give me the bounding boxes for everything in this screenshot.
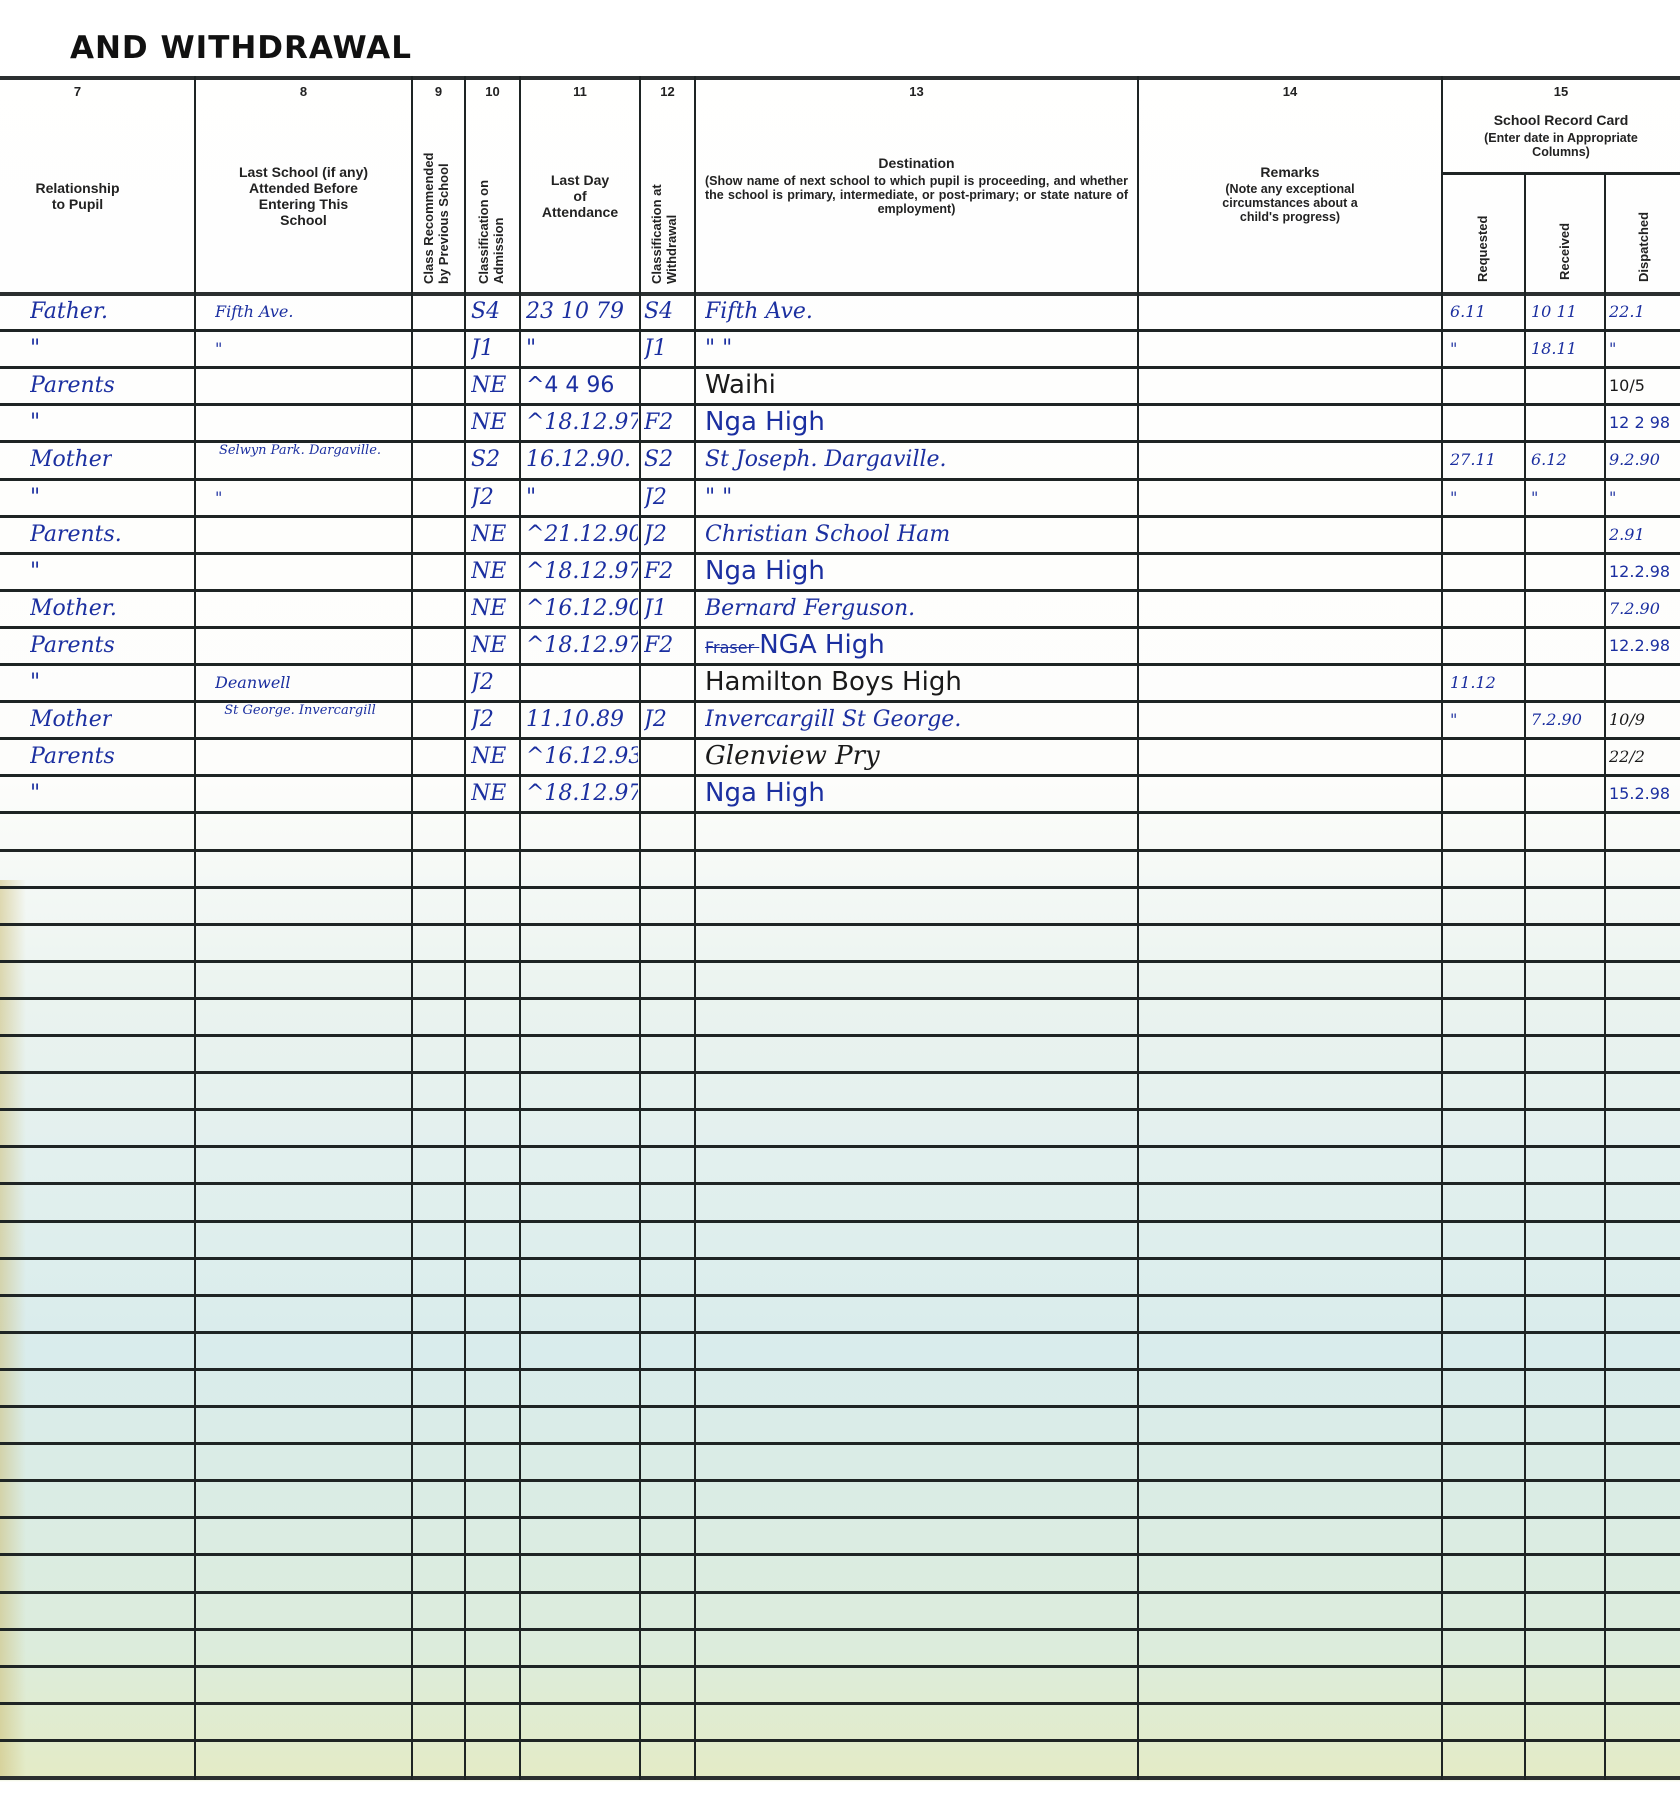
class-withdrawal-cell: F2 xyxy=(644,630,673,661)
class-withdrawal-cell: J1 xyxy=(644,593,667,624)
row-rule xyxy=(0,1591,1680,1594)
class-admission-cell: NE xyxy=(471,593,506,624)
destination-cell: Nga High xyxy=(705,407,825,438)
class-admission-cell: J1 xyxy=(471,333,494,364)
last-day-cell: ^16.12.93 xyxy=(526,741,638,772)
class-admission-cell: S2 xyxy=(471,444,500,476)
class-withdrawal-cell: S4 xyxy=(644,296,673,327)
last-day-cell: ^18.12.97 xyxy=(526,630,638,661)
class-admission-cell: S4 xyxy=(471,296,500,327)
dispatched-cell: 10/9 xyxy=(1609,704,1645,735)
class-withdrawal-cell: F2 xyxy=(644,556,673,587)
row-rule xyxy=(0,997,1680,1000)
class-withdrawal-cell: J2 xyxy=(644,482,667,513)
col-13-label: (Show name of next school to which pupil… xyxy=(705,174,1128,216)
destination-cell: Fraser NGA High xyxy=(705,630,885,663)
row-rule xyxy=(0,1368,1680,1371)
last-school-cell: Selwyn Park. Dargaville. xyxy=(215,444,385,458)
col-12-label: Classification at Withdrawal xyxy=(649,184,679,284)
col-15-requested-label: Requested xyxy=(1475,216,1490,282)
relationship-cell: Parents xyxy=(30,630,115,661)
col-10-number: 10 xyxy=(465,84,520,99)
dispatched-cell: " xyxy=(1609,482,1616,513)
row-rule xyxy=(0,1739,1680,1742)
col-9-number: 9 xyxy=(412,84,465,99)
row-rule xyxy=(0,1665,1680,1668)
row-rule xyxy=(0,440,1680,443)
dispatched-cell: 22.1 xyxy=(1609,296,1645,327)
row-rule xyxy=(0,1108,1680,1111)
col-7-label: Relationship to Pupil xyxy=(0,180,155,212)
last-day-cell: " xyxy=(526,482,536,513)
dispatched-cell: " xyxy=(1609,333,1616,364)
col-11-number: 11 xyxy=(520,84,640,99)
relationship-cell: " xyxy=(30,482,40,513)
column-rule xyxy=(1524,172,1526,1780)
column-rule xyxy=(694,76,696,1780)
dispatched-cell: 12.2.98 xyxy=(1609,556,1670,587)
column-rule xyxy=(1441,76,1443,1780)
col-15-number: 15 xyxy=(1442,84,1680,99)
destination-cell: Bernard Ferguson. xyxy=(705,593,915,624)
last-day-cell: ^4 4 96 xyxy=(526,370,614,401)
column-rule xyxy=(411,76,413,1780)
requested-cell: " xyxy=(1450,704,1457,735)
dispatched-cell: 9.2.90 xyxy=(1609,444,1660,476)
dispatched-cell: 7.2.90 xyxy=(1609,593,1660,624)
column-rule xyxy=(464,76,466,1780)
col-11-label: Last Day of Attendance xyxy=(520,172,640,220)
col-13-number: 13 xyxy=(695,84,1138,99)
destination-cell: Christian School Ham xyxy=(705,519,950,550)
last-day-cell: ^21.12.90 xyxy=(526,519,638,550)
requested-cell: " xyxy=(1450,482,1457,513)
row-rule xyxy=(0,1294,1680,1297)
col-8-number: 8 xyxy=(195,84,412,99)
col-9-label: Class Recommended by Previous School xyxy=(421,153,451,285)
last-day-cell: ^18.12.97 xyxy=(526,556,638,587)
destination-cell: Fifth Ave. xyxy=(705,296,813,327)
row-rule xyxy=(0,1442,1680,1445)
destination-cell: Hamilton Boys High xyxy=(705,667,962,698)
row-rule xyxy=(0,1220,1680,1223)
class-admission-cell: NE xyxy=(471,741,506,772)
col-15-label: (Enter date in Appropriate Columns) xyxy=(1462,131,1660,159)
last-school-cell: " xyxy=(215,482,222,513)
class-withdrawal-cell: J2 xyxy=(644,704,667,735)
destination-cell: Nga High xyxy=(705,556,825,587)
row-rule xyxy=(0,552,1680,555)
destination-cell: " " xyxy=(705,333,732,364)
row-rule xyxy=(0,478,1680,481)
destination-cell: Waihi xyxy=(705,370,776,401)
last-day-cell: ^18.12.97 xyxy=(526,407,638,438)
row-rule xyxy=(0,1257,1680,1260)
col-7-number: 7 xyxy=(0,84,155,99)
row-rule xyxy=(0,329,1680,332)
relationship-cell: Mother xyxy=(30,704,112,735)
last-day-cell: " xyxy=(526,333,536,364)
last-school-cell: " xyxy=(215,333,222,364)
last-school-cell: Deanwell xyxy=(215,667,291,698)
dispatched-cell: 12.2.98 xyxy=(1609,630,1670,661)
relationship-cell: " xyxy=(30,556,40,587)
dispatched-cell: 10/5 xyxy=(1609,370,1645,401)
row-rule xyxy=(0,1182,1680,1185)
dispatched-cell: 22/2 xyxy=(1609,741,1645,772)
col-8-label: Last School (if any) Attended Before Ent… xyxy=(195,164,412,228)
destination-cell: Invercargill St George. xyxy=(705,704,961,735)
row-rule xyxy=(0,1516,1680,1519)
column-rule xyxy=(519,76,521,1780)
row-rule xyxy=(0,1405,1680,1408)
received-cell: 7.2.90 xyxy=(1531,704,1582,735)
requested-cell: 27.11 xyxy=(1450,444,1496,476)
row-rule xyxy=(0,1628,1680,1631)
column-rule xyxy=(1604,172,1606,1780)
last-day-cell: ^16.12.90. xyxy=(526,593,638,624)
dispatched-cell: 15.2.98 xyxy=(1609,778,1670,809)
class-admission-cell: NE xyxy=(471,778,506,809)
row-rule xyxy=(0,960,1680,963)
requested-cell: " xyxy=(1450,333,1457,364)
requested-cell: 6.11 xyxy=(1450,296,1486,327)
dispatched-cell: 12 2 98 xyxy=(1609,407,1670,438)
last-day-cell: 11.10.89 xyxy=(526,704,624,735)
col-15-received-label: Received xyxy=(1557,223,1572,280)
row-rule xyxy=(0,737,1680,740)
received-cell: " xyxy=(1531,482,1538,513)
last-day-cell: ^18.12.97 xyxy=(526,778,638,809)
class-admission-cell: NE xyxy=(471,407,506,438)
row-rule xyxy=(0,663,1680,666)
col-13-title: Destination xyxy=(695,155,1138,171)
column-rule xyxy=(194,76,196,1780)
class-admission-cell: J2 xyxy=(471,482,494,513)
destination-cell: St Joseph. Dargaville. xyxy=(705,444,947,476)
relationship-cell: Mother. xyxy=(30,593,117,624)
row-rule xyxy=(0,886,1680,889)
class-admission-cell: NE xyxy=(471,370,506,401)
destination-cell: Glenview Pry xyxy=(705,741,880,772)
row-rule xyxy=(0,589,1680,592)
withdrawal-register-page: AND WITHDRAWAL 7 Relationship to Pupil 8… xyxy=(0,0,1680,1800)
row-rule xyxy=(0,1331,1680,1334)
col-12-number: 12 xyxy=(640,84,695,99)
last-day-cell: 23 10 79 xyxy=(526,296,624,327)
class-withdrawal-cell: J1 xyxy=(644,333,667,364)
column-rule xyxy=(1137,76,1139,1780)
relationship-cell: Mother xyxy=(30,444,112,476)
relationship-cell: Father. xyxy=(30,296,108,327)
row-rule xyxy=(0,849,1680,852)
destination-cell: " " xyxy=(705,482,732,513)
class-admission-cell: J2 xyxy=(471,667,494,698)
row-rule xyxy=(0,1776,1680,1780)
row-rule xyxy=(0,366,1680,369)
column-rule xyxy=(639,76,641,1780)
row-rule xyxy=(0,1702,1680,1705)
relationship-cell: " xyxy=(30,333,40,364)
struck-destination: Fraser xyxy=(705,638,759,657)
row-rule xyxy=(0,515,1680,518)
relationship-cell: " xyxy=(30,778,40,809)
requested-cell: 11.12 xyxy=(1450,667,1496,698)
dispatched-cell: 2.91 xyxy=(1609,519,1645,550)
row-rule xyxy=(0,1145,1680,1148)
page-edge-shading xyxy=(0,880,26,1780)
class-withdrawal-cell: F2 xyxy=(644,407,673,438)
row-rule xyxy=(0,1071,1680,1074)
class-admission-cell: NE xyxy=(471,630,506,661)
received-cell: 18.11 xyxy=(1531,333,1577,364)
relationship-cell: Parents. xyxy=(30,519,122,550)
row-rule xyxy=(0,76,1680,80)
col-14-number: 14 xyxy=(1138,84,1442,99)
row-rule xyxy=(0,700,1680,703)
relationship-cell: Parents xyxy=(30,370,115,401)
class-admission-cell: NE xyxy=(471,519,506,550)
row-rule xyxy=(0,626,1680,629)
class-withdrawal-cell: J2 xyxy=(644,519,667,550)
col-14-label: (Note any exceptional circumstances abou… xyxy=(1208,182,1372,224)
row-rule xyxy=(0,1553,1680,1556)
destination-text: NGA High xyxy=(759,630,884,660)
received-cell: 10 11 xyxy=(1531,296,1577,327)
col-14-title: Remarks xyxy=(1138,164,1442,180)
destination-cell: Nga High xyxy=(705,778,825,809)
row-rule xyxy=(0,1034,1680,1037)
row-rule xyxy=(0,774,1680,777)
last-day-cell: 16.12.90. xyxy=(526,444,631,476)
col-15-subheader-rule xyxy=(1442,172,1680,175)
class-admission-cell: NE xyxy=(471,556,506,587)
row-rule xyxy=(0,923,1680,926)
last-school-cell: St George. Invercargill xyxy=(215,704,385,718)
relationship-cell: " xyxy=(30,667,40,698)
relationship-cell: Parents xyxy=(30,741,115,772)
last-school-cell: Fifth Ave. xyxy=(215,296,293,327)
row-rule xyxy=(0,403,1680,406)
row-rule xyxy=(0,811,1680,814)
relationship-cell: " xyxy=(30,407,40,438)
class-withdrawal-cell: S2 xyxy=(644,444,673,476)
col-15-title: School Record Card xyxy=(1442,112,1680,128)
row-rule xyxy=(0,1479,1680,1482)
col-10-label: Classification on Admission xyxy=(476,180,506,284)
received-cell: 6.12 xyxy=(1531,444,1567,476)
class-admission-cell: J2 xyxy=(471,704,494,735)
page-title: AND WITHDRAWAL xyxy=(70,30,412,66)
col-15-dispatched-label: Dispatched xyxy=(1636,212,1651,282)
